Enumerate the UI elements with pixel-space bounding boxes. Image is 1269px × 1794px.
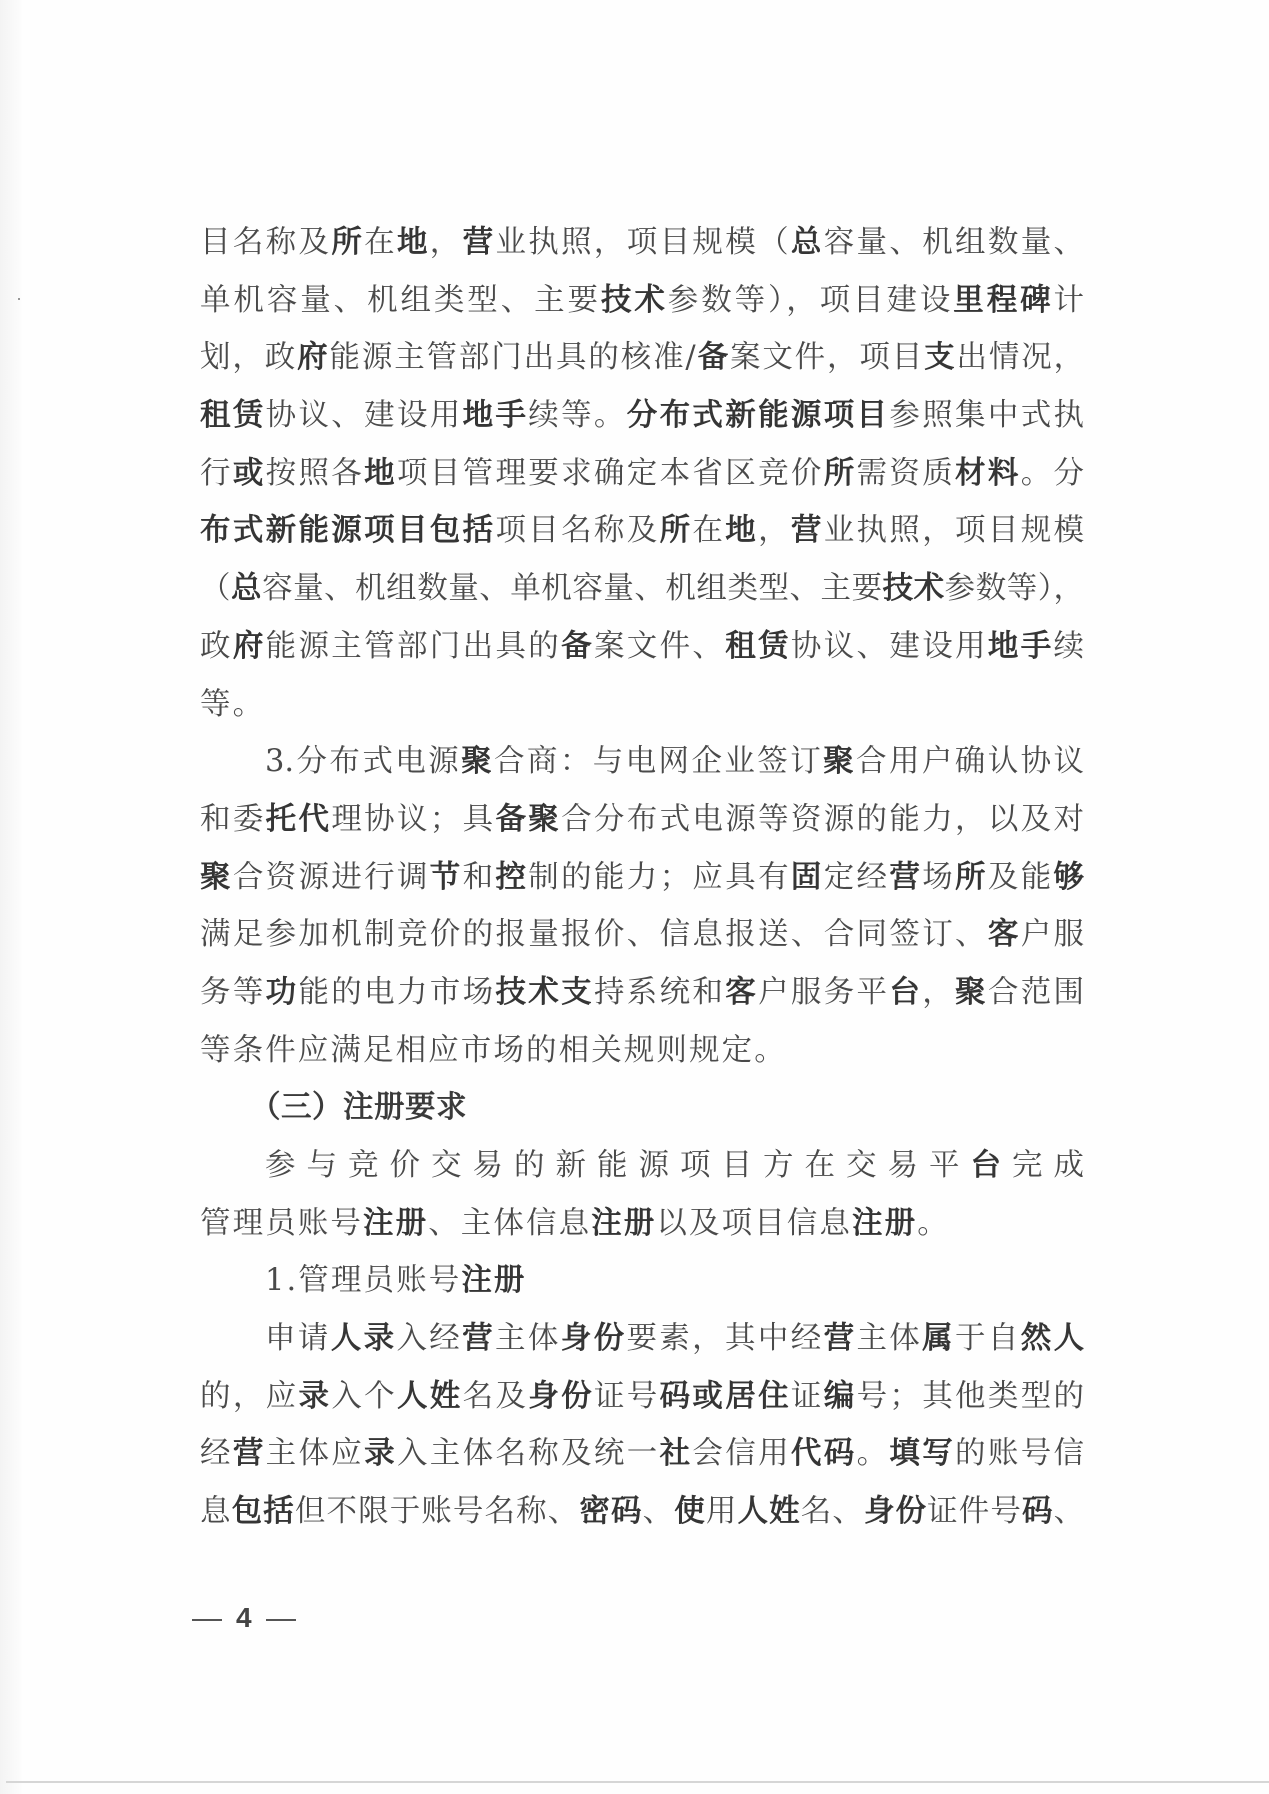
plain-text: 满足参加机制竞价的报量报价、信息报送、合同签订、 <box>200 917 988 952</box>
emphasized-text: 营 <box>463 225 496 260</box>
plain-text: 能源主管部门出具的 <box>266 629 561 664</box>
plain-text: ， <box>758 513 791 548</box>
plain-text: 等。 <box>200 687 265 722</box>
plain-text: 和委 <box>200 802 266 837</box>
emphasized-text: 密码 <box>579 1494 642 1529</box>
plain-text: 主体 <box>856 1321 922 1356</box>
emphasized-text: 控 <box>495 860 528 895</box>
emphasized-text: 总 <box>791 225 824 260</box>
emphasized-text: 聚 <box>955 975 988 1010</box>
dash-left-icon <box>192 1619 222 1621</box>
plain-text: 项目名称及 <box>495 513 659 548</box>
text-line: 1.管理员账号注册 <box>200 1252 1084 1310</box>
page-number: 4 <box>192 1600 296 1636</box>
plain-text: 经 <box>200 1436 233 1471</box>
plain-text: 、 <box>643 1494 675 1529</box>
emphasized-text: 府 <box>297 340 329 375</box>
text-line: 布式新能源项目包括项目名称及所在地，营业执照，项目规模 <box>200 502 1084 560</box>
plain-text: 单机容量、机组类型、主要 <box>200 283 601 318</box>
plain-text: 。 <box>917 1206 950 1241</box>
plain-text: 在 <box>364 225 397 260</box>
emphasized-text: 所 <box>824 456 857 491</box>
plain-text: 能的电力市场 <box>298 975 495 1010</box>
plain-text: 但不限于账号名称、 <box>295 1494 580 1529</box>
emphasized-text: 营 <box>791 513 824 548</box>
emphasized-text: 台 <box>889 975 922 1010</box>
plain-text: 政 <box>200 629 233 664</box>
emphasized-text: 租赁 <box>725 629 791 664</box>
plain-text: 合用户确认协议 <box>856 744 1084 779</box>
page-number-value: 4 <box>236 1602 252 1633</box>
plain-text: 能源主管部门出具的核准/ <box>329 340 695 375</box>
plain-text: 入经 <box>396 1321 462 1356</box>
emphasized-text: 包括 <box>232 1494 295 1529</box>
emphasized-text: 总 <box>231 571 262 606</box>
plain-text: 和 <box>463 860 496 895</box>
plain-text: 业执照，项目规模（ <box>495 225 790 260</box>
emphasized-text: 备 <box>696 340 730 375</box>
plain-text: 计 <box>1054 283 1085 318</box>
plain-text: 、 <box>1054 1494 1085 1529</box>
emphasized-text: 托代 <box>266 802 332 837</box>
emphasized-text: 营 <box>824 1321 857 1356</box>
emphasized-text: 代码 <box>791 1436 857 1471</box>
text-line: 务等功能的电力市场技术支持系统和客户服务平台，聚合范围 <box>200 964 1084 1022</box>
plain-text: 合资源进行调 <box>233 860 430 895</box>
emphasized-text: 注册 <box>461 1263 526 1298</box>
text-line: 等条件应满足相应市场的相关规则规定。 <box>200 1022 1084 1080</box>
plain-text: 合范围 <box>988 975 1084 1010</box>
emphasized-text: 或 <box>233 456 266 491</box>
text-line: 管理员账号注册、主体信息注册以及项目信息注册。 <box>200 1195 1084 1253</box>
emphasized-text: 注册 <box>591 1206 656 1241</box>
emphasized-text: 技术 <box>601 283 668 318</box>
plain-text: 务等 <box>200 975 266 1010</box>
plain-text: 于自 <box>955 1321 1021 1356</box>
plain-text: 证号 <box>594 1379 660 1414</box>
plain-text: 的，应 <box>200 1379 298 1414</box>
emphasized-text: 录 <box>364 1436 397 1471</box>
plain-text: 户服 <box>1021 917 1084 952</box>
plain-text: 续等。 <box>528 398 626 433</box>
plain-text: 协议、建设用 <box>791 629 988 664</box>
emphasized-text: 营 <box>889 860 922 895</box>
plain-text: 要素，其中经 <box>626 1321 823 1356</box>
text-line: 政府能源主管部门出具的备案文件、租赁协议、建设用地手续 <box>200 618 1084 676</box>
emphasized-text: 聚 <box>461 744 494 779</box>
dash-right-icon <box>266 1619 296 1621</box>
emphasized-text: 备 <box>561 629 594 664</box>
emphasized-text: 够 <box>1054 860 1085 895</box>
emphasized-text: 地 <box>725 513 758 548</box>
emphasized-text: 功 <box>266 975 299 1010</box>
emphasized-text: 身份 <box>864 1494 927 1529</box>
plain-text: 入主体名称及统一 <box>397 1436 660 1471</box>
emphasized-text: 府 <box>233 629 266 664</box>
text-line: 参与竞价交易的新能源项目方在交易平台完成 <box>200 1137 1084 1195</box>
emphasized-text: 客 <box>988 917 1021 952</box>
emphasized-text: 注册 <box>363 1206 428 1241</box>
plain-text: 案文件，项目 <box>730 340 924 375</box>
emphasized-text: 分布式新能源项目 <box>627 398 890 433</box>
text-line: 息包括但不限于账号名称、密码、使用人姓名、身份证件号码、 <box>200 1483 1084 1541</box>
emphasized-text: 地手 <box>463 398 529 433</box>
text-line: 租赁协议、建设用地手续等。分布式新能源项目参照集中式执 <box>200 387 1084 445</box>
emphasized-text: 支 <box>924 340 956 375</box>
emphasized-text: 所 <box>660 513 693 548</box>
plain-text: 划，政 <box>200 340 297 375</box>
plain-text: 申请 <box>265 1321 331 1356</box>
plain-text: 合商：与电网企业签订 <box>494 744 823 779</box>
plain-text: 需资质 <box>857 456 955 491</box>
text-line: 和委托代理协议；具备聚合分布式电源等资源的能力，以及对 <box>200 791 1084 849</box>
plain-text: 息 <box>200 1494 232 1529</box>
plain-text: 管理员账号 <box>200 1206 363 1241</box>
plain-text: 。 <box>857 1436 890 1471</box>
plain-text: 合分布式电源等资源的能力，以及对 <box>561 802 1084 837</box>
section-heading: （三）注册要求 <box>200 1079 1084 1137</box>
plain-text: 名及 <box>463 1379 529 1414</box>
plain-text: 及能 <box>988 860 1054 895</box>
plain-text: 完成 <box>1012 1148 1084 1183</box>
plain-text: 证 <box>791 1379 824 1414</box>
plain-text: 理协议；具 <box>331 802 495 837</box>
plain-text: 参数等）， <box>945 571 1084 606</box>
emphasized-text: 人录 <box>331 1321 397 1356</box>
emphasized-text: 填写 <box>889 1436 955 1471</box>
plain-text: 用 <box>706 1494 738 1529</box>
emphasized-text: 聚 <box>200 860 233 895</box>
text-line: 3.分布式电源聚合商：与电网企业签订聚合用户确认协议 <box>200 733 1084 791</box>
document-page: 目名称及所在地，营业执照，项目规模（总容量、机组数量、单机容量、机组类型、主要技… <box>0 0 1269 1794</box>
plain-text: 业执照，项目规模 <box>824 513 1084 548</box>
emphasized-text: （三）注册要求 <box>250 1090 467 1125</box>
emphasized-text: 技术支 <box>495 975 593 1010</box>
plain-text: 在 <box>692 513 725 548</box>
emphasized-text: 地手 <box>988 629 1054 664</box>
text-line: 的，应录入个人姓名及身份证号码或居住证编号；其他类型的 <box>200 1368 1084 1426</box>
emphasized-text: 布式新能源项目包括 <box>200 513 495 548</box>
emphasized-text: 固 <box>791 860 824 895</box>
emphasized-text: 地 <box>364 456 397 491</box>
plain-text: 证件号 <box>927 1494 1022 1529</box>
page-bottom-edge <box>6 1781 1269 1783</box>
plain-text: 等条件应满足相应市场的相关规则规定。 <box>200 1033 787 1068</box>
emphasized-text: 人姓 <box>737 1494 800 1529</box>
scan-edge-shadow <box>0 0 22 1794</box>
emphasized-text: 备聚 <box>495 802 561 837</box>
plain-text: 制的能力；应具有 <box>528 860 791 895</box>
emphasized-text: 身份 <box>561 1321 627 1356</box>
emphasized-text: 码或居住 <box>660 1379 791 1414</box>
emphasized-text: 节 <box>430 860 463 895</box>
plain-text: 会信用 <box>692 1436 790 1471</box>
emphasized-text: 技术 <box>883 571 945 606</box>
plain-text: （ <box>200 571 231 606</box>
text-line: 经营主体应录入主体名称及统一社会信用代码。填写的账号信 <box>200 1425 1084 1483</box>
text-line: 行或按照各地项目管理要求确定本省区竞价所需资质材料。分 <box>200 445 1084 503</box>
text-line: 聚合资源进行调节和控制的能力；应具有固定经营场所及能够 <box>200 849 1084 907</box>
emphasized-text: 使 <box>674 1494 706 1529</box>
emphasized-text: 营 <box>462 1321 495 1356</box>
plain-text: ， <box>922 975 955 1010</box>
plain-text: 号；其他类型的 <box>857 1379 1084 1414</box>
text-line: 划，政府能源主管部门出具的核准/备案文件，项目支出情况， <box>200 329 1084 387</box>
plain-text: 主体 <box>495 1321 561 1356</box>
emphasized-text: 然人 <box>1021 1321 1084 1356</box>
text-line: 等。 <box>200 676 1084 734</box>
plain-text: 出情况， <box>957 340 1085 375</box>
plain-text: 持系统和 <box>594 975 725 1010</box>
plain-text: 协议、建设用 <box>266 398 463 433</box>
emphasized-text: 台 <box>971 1148 1013 1183</box>
emphasized-text: 社 <box>660 1436 693 1471</box>
plain-text: 参数等），项目建设 <box>668 283 953 318</box>
emphasized-text: 录 <box>298 1379 331 1414</box>
emphasized-text: 地 <box>397 225 430 260</box>
plain-text: 案文件、 <box>594 629 725 664</box>
plain-text: 参与竞价交易的新能源项目方在交易平 <box>265 1148 971 1183</box>
plain-text: 场 <box>922 860 955 895</box>
plain-text: 名、 <box>801 1494 864 1529</box>
emphasized-text: 编 <box>824 1379 857 1414</box>
emphasized-text: 人姓 <box>397 1379 463 1414</box>
plain-text: 项目管理要求确定本省区竞价 <box>397 456 824 491</box>
plain-text: 续 <box>1054 629 1085 664</box>
emphasized-text: 营 <box>233 1436 266 1471</box>
plain-text: 按照各 <box>266 456 364 491</box>
plain-text: 容量、机组数量、单机容量、机组类型、主要 <box>262 571 883 606</box>
emphasized-text: 客 <box>725 975 758 1010</box>
document-body: 目名称及所在地，营业执照，项目规模（总容量、机组数量、单机容量、机组类型、主要技… <box>200 214 1084 1541</box>
text-line: 满足参加机制竞价的报量报价、信息报送、合同签订、客户服 <box>200 906 1084 964</box>
emphasized-text: 所 <box>955 860 988 895</box>
emphasized-text: 租赁 <box>200 398 266 433</box>
plain-text: 以及项目信息 <box>656 1206 852 1241</box>
emphasized-text: 所 <box>331 225 364 260</box>
emphasized-text: 材料 <box>955 456 1021 491</box>
plain-text: 主体应 <box>266 1436 364 1471</box>
plain-text: 参照集中式执 <box>889 398 1084 433</box>
text-line: （总容量、机组数量、单机容量、机组类型、主要技术参数等）， <box>200 560 1084 618</box>
emphasized-text: 聚 <box>823 744 856 779</box>
plain-text: 目名称及 <box>200 225 331 260</box>
text-line: 申请人录入经营主体身份要素，其中经营主体属于自然人 <box>200 1310 1084 1368</box>
plain-text: 。分 <box>1021 456 1084 491</box>
plain-text: 入个 <box>331 1379 397 1414</box>
plain-text: 定经 <box>824 860 890 895</box>
plain-text: 3.分布式电源 <box>265 744 461 779</box>
plain-text: 行 <box>200 456 233 491</box>
text-line: 目名称及所在地，营业执照，项目规模（总容量、机组数量、 <box>200 214 1084 272</box>
text-line: 单机容量、机组类型、主要技术参数等），项目建设里程碑计 <box>200 272 1084 330</box>
emphasized-text: 码 <box>1022 1494 1054 1529</box>
emphasized-text: 属 <box>922 1321 955 1356</box>
plain-text: 、主体信息 <box>428 1206 591 1241</box>
plain-text: 的账号信 <box>955 1436 1084 1471</box>
scan-speck <box>18 298 20 300</box>
emphasized-text: 里程碑 <box>953 283 1053 318</box>
emphasized-text: 注册 <box>852 1206 917 1241</box>
plain-text: 容量、机组数量、 <box>824 225 1084 260</box>
plain-text: 1.管理员账号 <box>265 1263 461 1298</box>
plain-text: 户服务平 <box>758 975 889 1010</box>
emphasized-text: 身份 <box>528 1379 594 1414</box>
plain-text: ， <box>430 225 463 260</box>
